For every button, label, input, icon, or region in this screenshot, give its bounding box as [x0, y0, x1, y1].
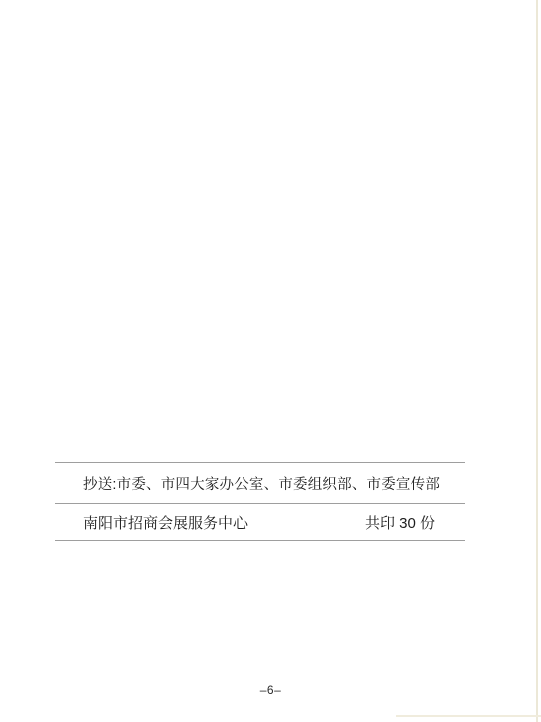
scan-edge-right: [536, 0, 538, 722]
document-footer: 抄送:市委、市四大家办公室、市委组织部、市委宣传部 南阳市招商会展服务中心 共印…: [55, 462, 465, 541]
copy-to-row: 抄送:市委、市四大家办公室、市委组织部、市委宣传部: [55, 463, 465, 503]
footer-divider-bottom: [55, 540, 465, 541]
copy-to-text: 抄送:市委、市四大家办公室、市委组织部、市委宣传部: [83, 473, 440, 494]
print-count: 共印 30 份: [365, 512, 435, 533]
document-page: 抄送:市委、市四大家办公室、市委组织部、市委宣传部 南阳市招商会展服务中心 共印…: [0, 0, 541, 722]
issuer-name: 南阳市招商会展服务中心: [83, 512, 248, 533]
page-number: –6–: [0, 683, 541, 697]
issuer-row: 南阳市招商会展服务中心 共印 30 份: [55, 504, 465, 540]
scan-edge-bottom: [396, 715, 541, 717]
